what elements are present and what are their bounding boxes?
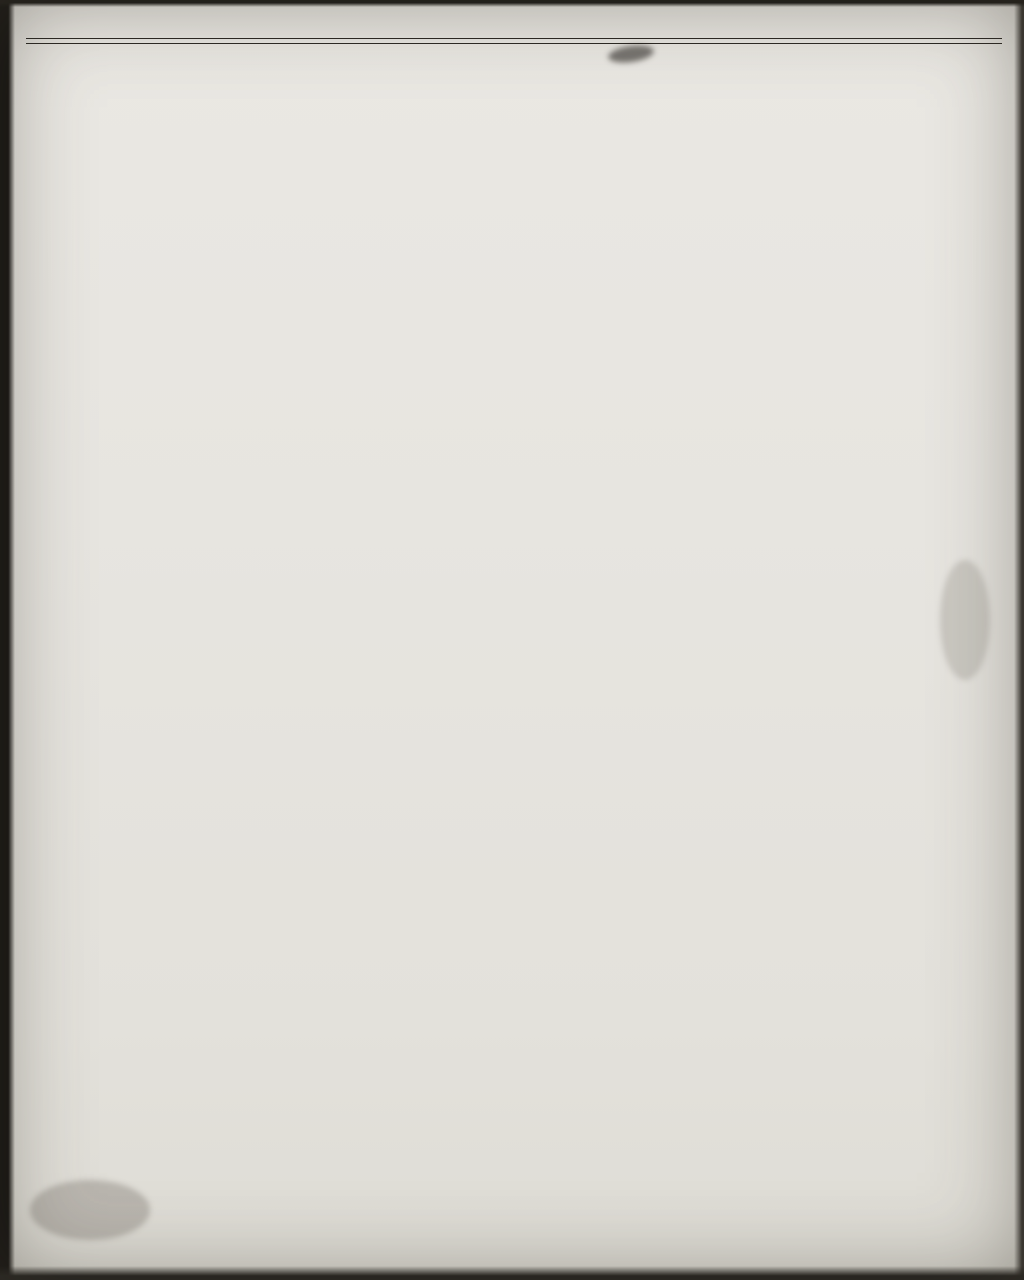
paper-smudge (30, 1180, 150, 1240)
scanned-newspaper: { "masthead": { "title": "The Iowa State… (0, 0, 1024, 1280)
masthead-rule-bottom (26, 43, 1002, 44)
masthead (0, 0, 1024, 44)
masthead-rule-top (26, 38, 1002, 39)
front-page-columns (24, 48, 1004, 1166)
newspaper-page (0, 0, 1024, 1280)
